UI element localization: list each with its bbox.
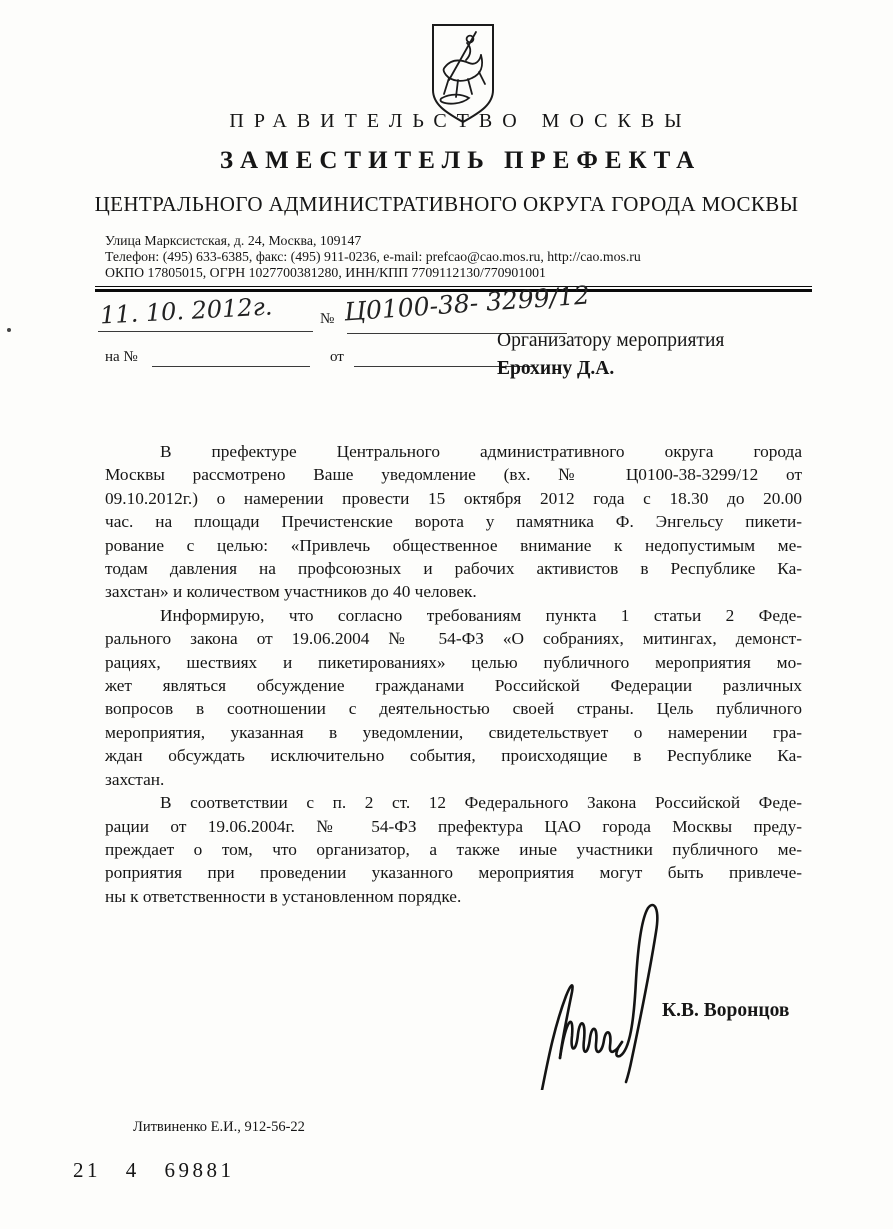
body-line: рального закона от 19.06.2004 № 54-ФЗ «О…	[105, 627, 802, 650]
contact-codes-line: ОКПО 17805015, ОГРН 1027700381280, ИНН/К…	[105, 265, 641, 281]
body-line: роприятия при проведении указанного меро…	[105, 861, 802, 884]
body-line: ны к ответственности в установленном пор…	[105, 885, 802, 908]
body-line: преждает о том, что организатор, а также…	[105, 838, 802, 861]
signature-image	[536, 900, 670, 1090]
scan-speck	[7, 328, 11, 332]
letter-body: В префектуре Центрального административн…	[105, 440, 802, 908]
contact-phone-line: Телефон: (495) 633-6385, факс: (495) 911…	[105, 249, 641, 265]
in-reply-to-date-label: от	[330, 349, 344, 366]
recipient-name: Ерохину Д.А.	[497, 355, 724, 383]
signatory-name: К.В. Воронцов	[662, 1000, 789, 1022]
recipient-role: Организатору мероприятия	[497, 327, 724, 355]
contact-address: Улица Марксистская, д. 24, Москва, 10914…	[105, 233, 641, 249]
letterhead-subtitle: ЦЕНТРАЛЬНОГО АДМИНИСТРАТИВНОГО ОКРУГА ГО…	[0, 192, 893, 217]
body-line: вопросов в соотношении с деятельностью с…	[105, 697, 802, 720]
body-line: захстан.	[105, 768, 802, 791]
body-line: 09.10.2012г.) о намерении провести 15 ок…	[105, 487, 802, 510]
body-line: рование с целью: «Привлечь общественное …	[105, 534, 802, 557]
in-reply-to-label: на №	[105, 349, 138, 366]
executor-contact: Литвиненко Е.И., 912-56-22	[133, 1119, 305, 1136]
body-line: Москвы рассмотрено Ваше уведомление (вх.…	[105, 463, 802, 486]
body-line: час. на площади Пречистенские ворота у п…	[105, 510, 802, 533]
body-line: тодам давления на профсоюзных и рабочих …	[105, 557, 802, 580]
body-paragraph-1: В префектуре Центрального административн…	[105, 440, 802, 604]
body-line: рациях, шествиях и пикетированиях» целью…	[105, 651, 802, 674]
in-reply-to-number-underline	[152, 365, 310, 367]
body-line: рации от 19.06.2004г. № 54-ФЗ префектура…	[105, 815, 802, 838]
number-sign-label: №	[320, 311, 334, 328]
body-line: мероприятия, указанная в уведомлении, св…	[105, 721, 802, 744]
body-line: ждан обсуждать исключительно события, пр…	[105, 744, 802, 767]
body-paragraph-2: Информирую, что согласно требованиям пун…	[105, 604, 802, 791]
outgoing-date-handwritten: 11. 10. 2012г.	[99, 293, 273, 330]
body-paragraph-3: В соответствии с п. 2 ст. 12 Федеральног…	[105, 791, 802, 908]
contact-block: Улица Марксистская, д. 24, Москва, 10914…	[105, 233, 641, 281]
letterhead-title: ЗАМЕСТИТЕЛЬ ПРЕФЕКТА	[0, 147, 893, 175]
body-line: Информирую, что согласно требованиям пун…	[105, 604, 802, 627]
body-line: В префектуре Центрального административн…	[105, 440, 802, 463]
recipient-block: Организатору мероприятия Ерохину Д.А.	[497, 327, 724, 383]
body-line: захстан» и количеством участников до 40 …	[105, 580, 802, 603]
scanned-letter-page: ПРАВИТЕЛЬСТВО МОСКВЫ ЗАМЕСТИТЕЛЬ ПРЕФЕКТ…	[0, 0, 893, 1229]
org-government-line: ПРАВИТЕЛЬСТВО МОСКВЫ	[0, 110, 893, 133]
body-line: В соответствии с п. 2 ст. 12 Федеральног…	[105, 791, 802, 814]
date-underline	[98, 330, 313, 332]
document-code: 21 4 69881	[73, 1158, 235, 1183]
body-line: жет являться обсуждение гражданами Росси…	[105, 674, 802, 697]
